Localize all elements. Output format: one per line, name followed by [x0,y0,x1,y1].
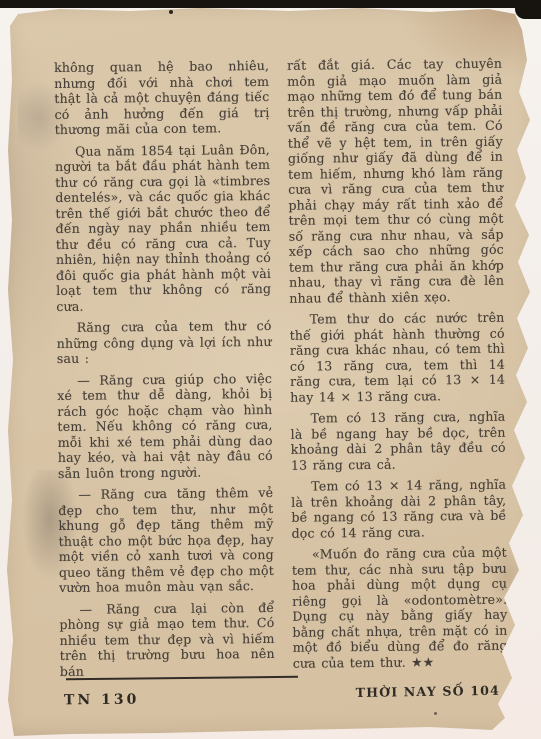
left-column: không quan hệ bao nhiêu, nhưng đối với n… [54,58,275,679]
paragraph: Tem thư do các nước trên thế giới phát h… [289,310,505,405]
article-body: không quan hệ bao nhiêu, nhưng đối với n… [54,56,508,679]
paragraph: Qua năm 1854 tại Luân Đôn, người ta bắt … [55,141,272,314]
paragraph-list-item: — Răng cưa lại còn để phòng sự giả mạo t… [59,599,275,679]
scanner-edge-top-right [515,0,541,19]
ink-speck [169,10,173,14]
ink-speck [434,712,437,715]
footer-magazine-title: THỜI NAY SỐ 104 [340,683,500,701]
scanner-edge-top [0,0,541,8]
paragraph-continuation: không quan hệ bao nhiêu, nhưng đối với n… [54,58,270,138]
paragraph: Răng cưa của tem thư có những công dụng … [56,318,271,367]
paragraph: Tem có 13 răng cưa, nghĩa là bề ngang ha… [290,409,506,473]
right-column: rất đắt giá. Các tay chuyên môn giả mạo … [287,56,508,677]
footer-issue-code: TN 130 [64,692,139,709]
paragraph-continuation: rất đắt giá. Các tay chuyên môn giả mạo … [287,56,504,306]
paragraph-list-item: — Răng cưa tăng thêm vẻ đẹp cho tem thư,… [58,485,274,596]
paragraph-list-item: — Răng cưa giúp cho việc xé tem thư dễ d… [57,370,273,481]
paragraph: Tem có 13 × 14 răng, nghĩa là trên khoản… [291,477,507,541]
paragraph-closing: «Muốn đo răng cưa của một tem thư, các n… [292,545,508,671]
scanned-page: không quan hệ bao nhiêu, nhưng đối với n… [0,0,541,739]
